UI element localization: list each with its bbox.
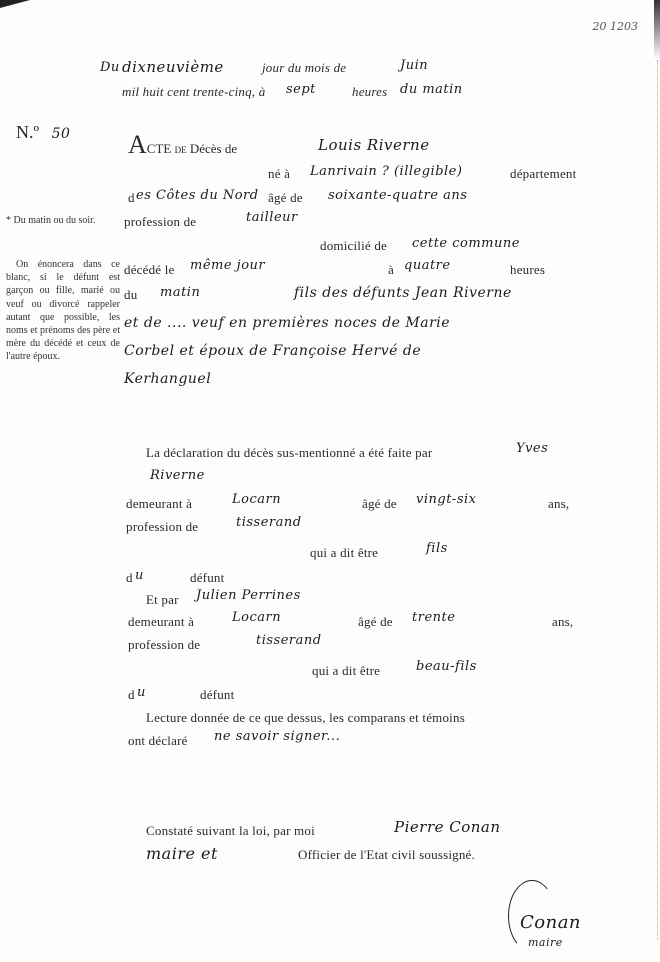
header-hour: sept — [286, 82, 316, 97]
declarant2-relation: beau-fils — [416, 659, 477, 674]
death-hour: quatre — [404, 258, 451, 273]
act-number: N.º 50 — [16, 122, 70, 143]
born-label: né à — [268, 166, 290, 182]
margin-note-time: * Du matin ou du soir. — [6, 214, 120, 227]
parents-line2: et de .... veuf en premières noces de Ma… — [124, 315, 450, 331]
profession-label: profession de — [124, 214, 196, 230]
declarant1-years-label: ans, — [548, 496, 569, 512]
department-prefix: d — [128, 190, 135, 206]
birthplace: Lanrivain ? (illegible) — [310, 164, 462, 179]
header-time-of-day: du matin — [400, 82, 463, 97]
declarant2-profession: tisserand — [256, 633, 322, 648]
act-number-label: N.º — [16, 122, 39, 142]
archive-annotation: 20 1203 — [593, 20, 639, 33]
death-day: même jour — [190, 258, 265, 273]
act-title-initial: A — [128, 130, 147, 159]
parents-line4: Kerhanguel — [124, 371, 211, 387]
hours-label: heures — [510, 262, 545, 278]
act-title-rest: CTE — [147, 141, 172, 156]
declarant2-name: Julien Perrines — [196, 588, 301, 603]
page-corner-shadow-right — [654, 0, 660, 60]
header-line1-middle: jour du mois de — [262, 60, 346, 76]
officer-title-printed: Officier de l'Etat civil soussigné. — [298, 847, 475, 863]
age-label: âgé de — [268, 190, 303, 206]
declarant2-residing-label: demeurant à — [128, 614, 194, 630]
header-year-line: mil huit cent trente-cinq, à — [122, 84, 265, 100]
declarant1-profession-label: profession de — [126, 519, 198, 535]
declarant2-du-suffix: u — [137, 685, 146, 700]
death-time-prefix: du — [124, 287, 137, 303]
domicile: cette commune — [412, 236, 520, 251]
parents: fils des défunts Jean Riverne — [294, 285, 512, 301]
header-hours-label: heures — [352, 84, 387, 100]
act-title-deces: Décès de — [190, 141, 237, 156]
act-number-value: 50 — [52, 126, 71, 142]
header-prefix: Du — [100, 60, 120, 75]
declarant2-profession-label: profession de — [128, 637, 200, 653]
declarant1-defunt-label: défunt — [190, 570, 224, 586]
department: es Côtes du Nord — [136, 188, 259, 203]
declaration-intro: La déclaration du décès sus-mentionné a … — [146, 445, 432, 461]
header-day: dixneuvième — [122, 58, 224, 76]
officer-title-hand: maire et — [146, 844, 218, 863]
declarant1-relation: fils — [426, 541, 448, 556]
reading-line2-printed: ont déclaré — [128, 733, 188, 749]
page-corner-shadow — [0, 0, 30, 8]
deceased-age: soixante-quatre ans — [328, 188, 467, 203]
profession: tailleur — [246, 210, 298, 225]
declarant2-age-label: âgé de — [358, 614, 393, 630]
declarant2-defunt-label: défunt — [200, 687, 234, 703]
margin-note-instructions: On énoncera dans ce blanc, si le défunt … — [6, 258, 120, 364]
declarant2-age: trente — [412, 610, 455, 625]
declarant1-age: vingt-six — [416, 492, 476, 507]
parents-line3: Corbel et époux de Françoise Hervé de — [124, 343, 421, 359]
declarant1-relation-label: qui a dit être — [310, 545, 378, 561]
death-time: matin — [160, 285, 200, 300]
declarant1-du-suffix: u — [135, 568, 144, 583]
header-month: Juin — [400, 58, 428, 73]
officer-signature-title: maire — [528, 936, 563, 949]
reading-line1: Lecture donnée de ce que dessus, les com… — [146, 710, 465, 726]
declarant1-residence: Locarn — [232, 492, 281, 507]
declarant1-profession: tisserand — [236, 515, 302, 530]
officer-name: Pierre Conan — [394, 818, 501, 836]
act-title: ACTE DE Décès de — [128, 130, 237, 160]
declarant1-first-name: Yves — [516, 441, 548, 456]
domicile-label: domicilié de — [320, 238, 387, 254]
constate-label: Constaté suivant la loi, par moi — [146, 823, 315, 839]
page-edge — [656, 60, 658, 940]
declarant1-age-label: âgé de — [362, 496, 397, 512]
declarant2-years-label: ans, — [552, 614, 573, 630]
declarant2-residence: Locarn — [232, 610, 281, 625]
deceased-name: Louis Riverne — [318, 136, 430, 154]
department-label: département — [510, 166, 576, 182]
act-title-de: DE — [175, 145, 187, 155]
declarant2-relation-label: qui a dit être — [312, 663, 380, 679]
declarant1-du-prefix: d — [126, 570, 133, 586]
death-hour-label: à — [388, 262, 394, 278]
declarant2-du-prefix: d — [128, 687, 135, 703]
reading-line2-hand: ne savoir signer... — [214, 729, 340, 744]
declarant1-last-name: Riverne — [150, 468, 205, 483]
and-by-label: Et par — [146, 592, 179, 608]
deceased-label: décédé le — [124, 262, 175, 278]
officer-signature: Conan — [520, 912, 581, 933]
death-certificate-page: 20 1203 Du dixneuvième jour du mois de J… — [0, 0, 660, 962]
declarant1-residing-label: demeurant à — [126, 496, 192, 512]
